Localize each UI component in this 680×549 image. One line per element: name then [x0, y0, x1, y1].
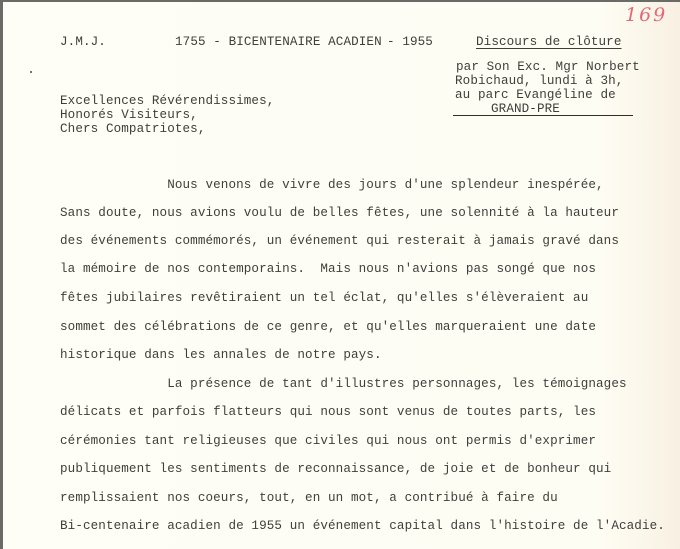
paragraph-line: remplissaient nos coeurs, tout, en un mo…: [60, 491, 558, 505]
salutation-line: Honorés Visiteurs,: [60, 108, 198, 122]
paragraph-line: publiquement les sentiments de reconnais…: [60, 462, 611, 476]
page-number: 169: [625, 4, 667, 26]
paragraph-line: fêtes jubilaires revêtiraient un tel écl…: [60, 291, 588, 305]
paragraph-line: Sans doute, nous avions voulu de belles …: [60, 206, 619, 220]
header-initials: J.M.J.: [60, 35, 106, 49]
salutation-line: Excellences Révérendissimes,: [60, 94, 274, 108]
paragraph-line: cérémonies tant religieuses que civiles …: [60, 434, 596, 448]
paragraph-line: la mémoire de nos contemporains. Mais no…: [60, 262, 596, 276]
paragraph-line: Bi-centenaire acadien de 1955 un événeme…: [60, 519, 665, 533]
header-title-year: - 1955: [387, 35, 433, 49]
discourse-title: Discours de clôture: [476, 35, 622, 49]
paragraph-line: historique dans les annales de notre pay…: [60, 348, 382, 362]
byline-line: Robichaud, lundi à 3h,: [455, 74, 623, 88]
header-title: 1755 - BICENTENAIRE ACADIEN: [175, 35, 382, 49]
byline-line: au parc Evangéline de: [455, 88, 616, 102]
paragraph-line: des événements commémorés, un événement …: [60, 234, 619, 248]
byline-rule: [453, 115, 633, 116]
paragraph-line: délicats et parfois flatteurs qui nous s…: [60, 405, 596, 419]
byline-line: par Son Exc. Mgr Norbert: [456, 60, 640, 74]
salutation-line: Chers Compatriotes,: [60, 122, 206, 136]
paragraph-line: Nous venons de vivre des jours d'une spl…: [60, 178, 604, 192]
paragraph-line: La présence de tant d'illustres personna…: [60, 377, 627, 391]
paragraph-line: sommet des célébrations de ce genre, et …: [60, 320, 596, 334]
paper-speck: [30, 71, 32, 73]
byline-line: GRAND-PRE: [491, 102, 560, 116]
document-page: 169 J.M.J. 1755 - BICENTENAIRE ACADIEN -…: [3, 2, 680, 549]
